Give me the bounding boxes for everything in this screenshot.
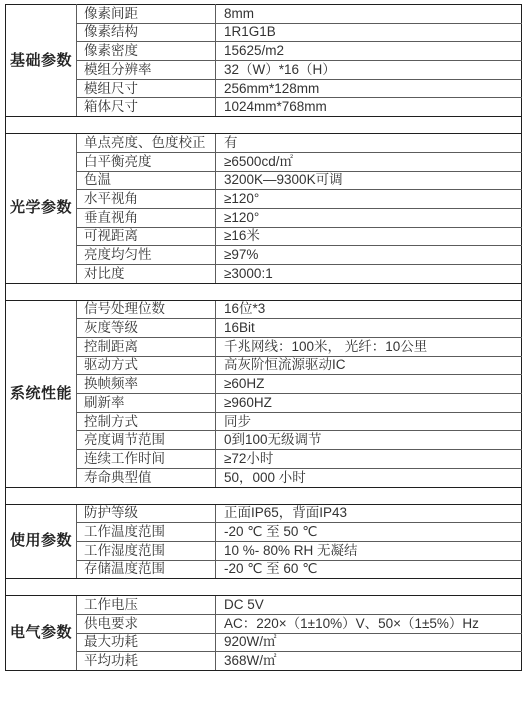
category-cell: 基础参数 — [6, 5, 77, 117]
spec-row: 工作湿度范围10 %- 80% RH 无凝结 — [6, 541, 522, 560]
spec-row: 白平衡亮度≥6500cd/㎡ — [6, 152, 522, 171]
param-name-cell: 工作电压 — [77, 596, 216, 615]
section-gap-row — [6, 283, 522, 300]
param-value-cell: 正面IP65，背面IP43 — [216, 504, 522, 523]
param-name-cell: 驱动方式 — [77, 356, 216, 375]
param-value-cell: ≥120° — [216, 190, 522, 209]
param-name-cell: 可视距离 — [77, 227, 216, 246]
param-value-cell: 1024mm*768mm — [216, 98, 522, 117]
param-name-cell: 控制方式 — [77, 412, 216, 431]
spec-row: 光学参数单点亮度、色度校正有 — [6, 134, 522, 153]
param-name-cell: 单点亮度、色度校正 — [77, 134, 216, 153]
spec-row: 控制距离千兆网线：100米， 光纤：10公里 — [6, 338, 522, 357]
param-value-cell: 10 %- 80% RH 无凝结 — [216, 541, 522, 560]
param-name-cell: 亮度调节范围 — [77, 431, 216, 450]
spec-row: 连续工作时间≥72小时 — [6, 450, 522, 469]
section-gap — [6, 283, 522, 300]
spec-row: 箱体尺寸1024mm*768mm — [6, 98, 522, 117]
param-name-cell: 换帧频率 — [77, 375, 216, 394]
param-value-cell: 16位*3 — [216, 300, 522, 319]
param-value-cell: 368W/㎡ — [216, 652, 522, 671]
param-value-cell: ≥120° — [216, 208, 522, 227]
param-name-cell: 控制距离 — [77, 338, 216, 357]
product-spec-table: 基础参数像素间距8mm像素结构1R1G1B像素密度15625/m2模组分辨率32… — [5, 4, 522, 671]
spec-row: 使用参数防护等级正面IP65，背面IP43 — [6, 504, 522, 523]
param-value-cell: 32（W）*16（H） — [216, 61, 522, 80]
param-name-cell: 亮度均匀性 — [77, 246, 216, 265]
param-value-cell: ≥97% — [216, 246, 522, 265]
param-value-cell: 1R1G1B — [216, 23, 522, 42]
param-name-cell: 灰度等级 — [77, 319, 216, 338]
param-value-cell: ≥60HZ — [216, 375, 522, 394]
section-gap-row — [6, 117, 522, 134]
spec-row: 模组尺寸256mm*128mm — [6, 79, 522, 98]
spec-row: 寿命典型值50，000 小时 — [6, 468, 522, 487]
param-name-cell: 信号处理位数 — [77, 300, 216, 319]
param-name-cell: 寿命典型值 — [77, 468, 216, 487]
spec-row: 亮度均匀性≥97% — [6, 246, 522, 265]
category-cell: 使用参数 — [6, 504, 77, 579]
param-value-cell: -20 ℃ 至 60 ℃ — [216, 560, 522, 579]
param-value-cell: 同步 — [216, 412, 522, 431]
param-name-cell: 模组分辨率 — [77, 61, 216, 80]
category-cell: 系统性能 — [6, 300, 77, 487]
category-cell: 光学参数 — [6, 134, 77, 284]
param-name-cell: 供电要求 — [77, 614, 216, 633]
param-name-cell: 模组尺寸 — [77, 79, 216, 98]
param-value-cell: DC 5V — [216, 596, 522, 615]
param-value-cell: ≥3000:1 — [216, 264, 522, 283]
spec-row: 垂直视角≥120° — [6, 208, 522, 227]
param-name-cell: 垂直视角 — [77, 208, 216, 227]
param-value-cell: 0到100无级调节 — [216, 431, 522, 450]
param-name-cell: 工作湿度范围 — [77, 541, 216, 560]
param-name-cell: 防护等级 — [77, 504, 216, 523]
spec-row: 刷新率≥960HZ — [6, 394, 522, 413]
param-name-cell: 平均功耗 — [77, 652, 216, 671]
param-value-cell: 3200K—9300K可调 — [216, 171, 522, 190]
section-gap — [6, 487, 522, 504]
section-gap-row — [6, 487, 522, 504]
param-name-cell: 色温 — [77, 171, 216, 190]
param-name-cell: 存储温度范围 — [77, 560, 216, 579]
param-name-cell: 像素结构 — [77, 23, 216, 42]
param-value-cell: ≥960HZ — [216, 394, 522, 413]
param-value-cell: 920W/㎡ — [216, 633, 522, 652]
param-value-cell: 高灰阶恒流源驱动IC — [216, 356, 522, 375]
spec-row: 存储温度范围-20 ℃ 至 60 ℃ — [6, 560, 522, 579]
spec-row: 驱动方式高灰阶恒流源驱动IC — [6, 356, 522, 375]
category-cell: 电气参数 — [6, 596, 77, 671]
spec-row: 像素结构1R1G1B — [6, 23, 522, 42]
spec-row: 工作温度范围-20 ℃ 至 50 ℃ — [6, 523, 522, 542]
param-value-cell: ≥16米 — [216, 227, 522, 246]
param-name-cell: 最大功耗 — [77, 633, 216, 652]
spec-row: 控制方式同步 — [6, 412, 522, 431]
param-name-cell: 水平视角 — [77, 190, 216, 209]
param-name-cell: 连续工作时间 — [77, 450, 216, 469]
param-value-cell: 千兆网线：100米， 光纤：10公里 — [216, 338, 522, 357]
param-name-cell: 像素密度 — [77, 42, 216, 61]
spec-row: 色温3200K—9300K可调 — [6, 171, 522, 190]
spec-row: 平均功耗368W/㎡ — [6, 652, 522, 671]
spec-row: 电气参数工作电压DC 5V — [6, 596, 522, 615]
param-name-cell: 箱体尺寸 — [77, 98, 216, 117]
param-name-cell: 对比度 — [77, 264, 216, 283]
section-gap-row — [6, 579, 522, 596]
spec-row: 像素密度15625/m2 — [6, 42, 522, 61]
param-value-cell: 50，000 小时 — [216, 468, 522, 487]
param-value-cell: 16Bit — [216, 319, 522, 338]
spec-row: 水平视角≥120° — [6, 190, 522, 209]
param-value-cell: ≥6500cd/㎡ — [216, 152, 522, 171]
param-value-cell: ≥72小时 — [216, 450, 522, 469]
spec-row: 供电要求AC：220×（1±10%）V、50×（1±5%）Hz — [6, 614, 522, 633]
param-name-cell: 工作温度范围 — [77, 523, 216, 542]
spec-row: 灰度等级16Bit — [6, 319, 522, 338]
param-name-cell: 刷新率 — [77, 394, 216, 413]
spec-row: 亮度调节范围0到100无级调节 — [6, 431, 522, 450]
param-value-cell: 有 — [216, 134, 522, 153]
product-spec-sheet: 基础参数像素间距8mm像素结构1R1G1B像素密度15625/m2模组分辨率32… — [0, 4, 528, 671]
spec-row: 最大功耗920W/㎡ — [6, 633, 522, 652]
param-value-cell: 8mm — [216, 5, 522, 24]
spec-row: 基础参数像素间距8mm — [6, 5, 522, 24]
section-gap — [6, 117, 522, 134]
spec-row: 模组分辨率32（W）*16（H） — [6, 61, 522, 80]
param-value-cell: 256mm*128mm — [216, 79, 522, 98]
param-value-cell: 15625/m2 — [216, 42, 522, 61]
section-gap — [6, 579, 522, 596]
spec-row: 换帧频率≥60HZ — [6, 375, 522, 394]
param-value-cell: -20 ℃ 至 50 ℃ — [216, 523, 522, 542]
param-name-cell: 白平衡亮度 — [77, 152, 216, 171]
spec-row: 可视距离≥16米 — [6, 227, 522, 246]
spec-row: 对比度≥3000:1 — [6, 264, 522, 283]
param-value-cell: AC：220×（1±10%）V、50×（1±5%）Hz — [216, 614, 522, 633]
param-name-cell: 像素间距 — [77, 5, 216, 24]
spec-row: 系统性能信号处理位数16位*3 — [6, 300, 522, 319]
